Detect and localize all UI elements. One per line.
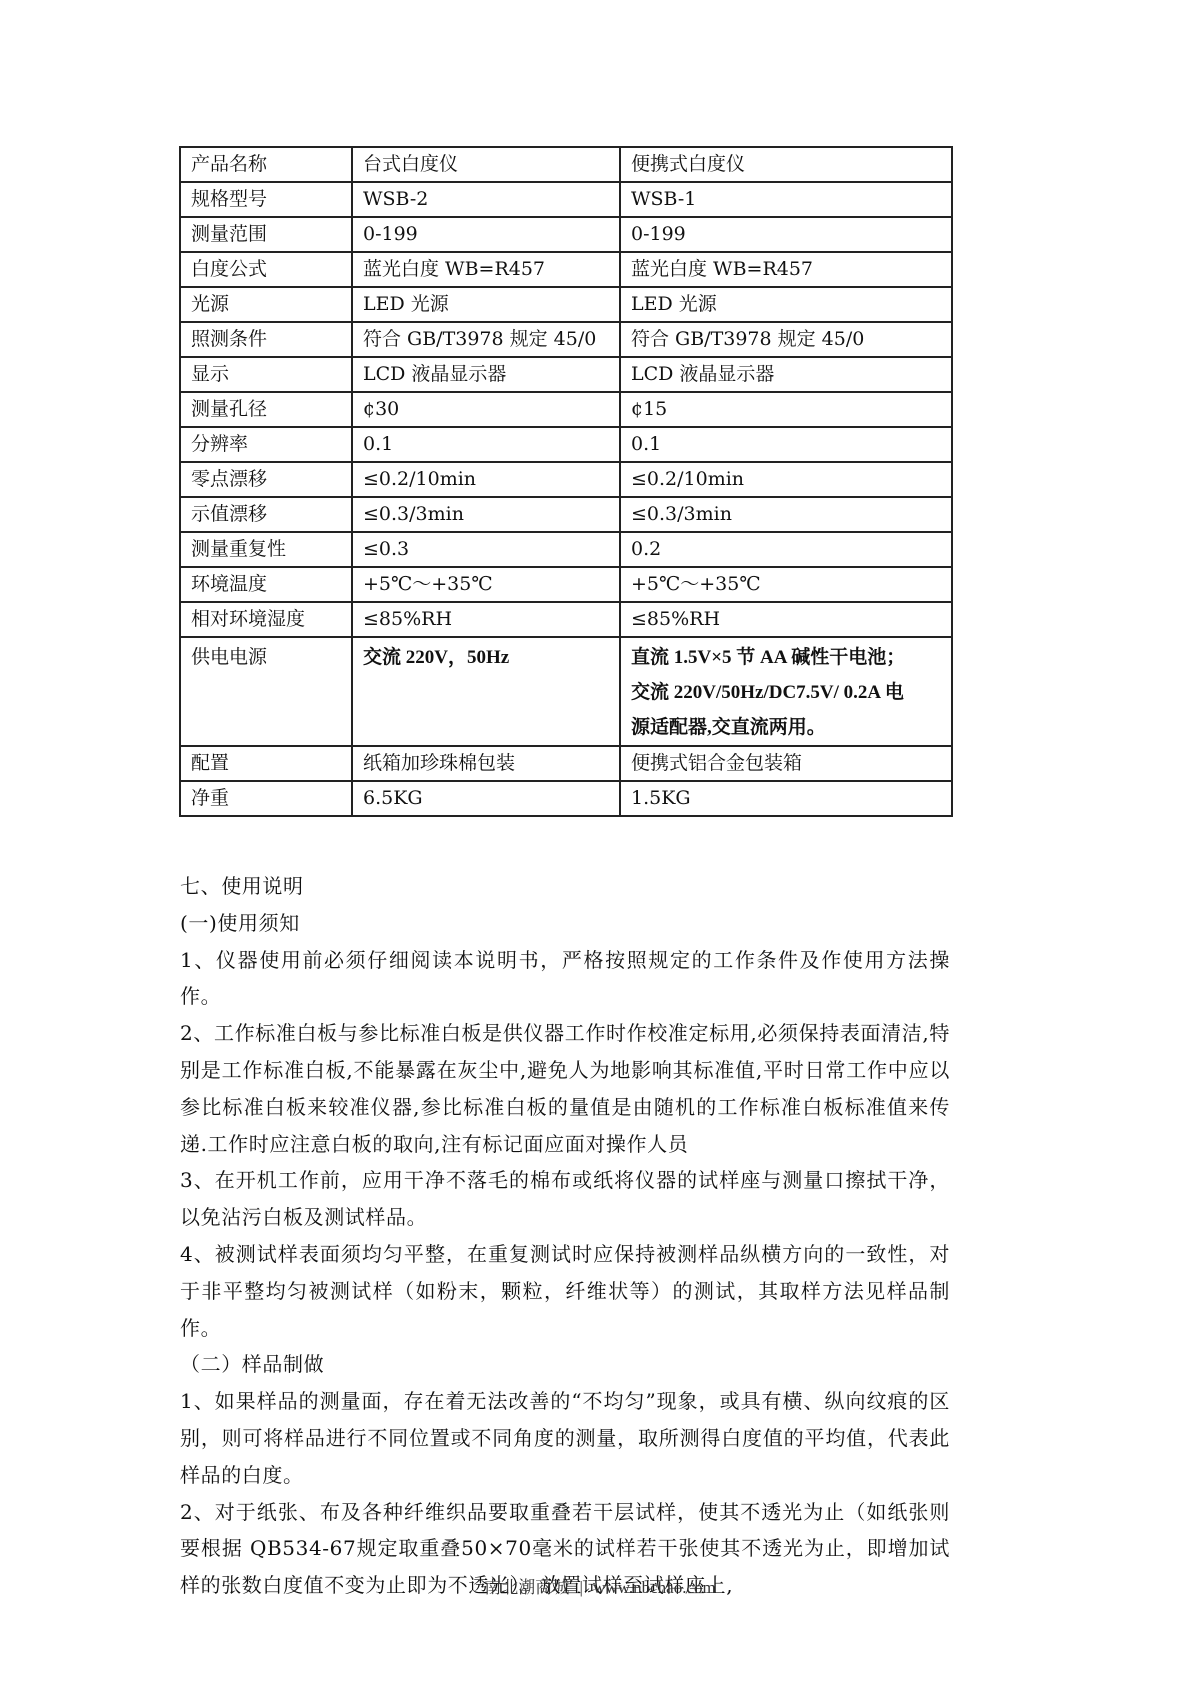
paragraph: 1、仪器使用前必须仔细阅读本说明书，严格按照规定的工作条件及作使用方法操作。	[180, 942, 950, 1016]
spec-row: 测量孔径¢30¢15	[180, 392, 952, 427]
cell-desktop: 蓝光白度 WB=R457	[352, 252, 620, 287]
paragraph: 3、在开机工作前，应用干净不落毛的棉布或纸将仪器的试样座与测量口擦拭干净，以免沾…	[180, 1162, 950, 1236]
cell-label: 相对环境湿度	[180, 602, 352, 637]
cell-label: 供电电源	[180, 637, 352, 746]
cell-portable: WSB-1	[620, 182, 952, 217]
spec-row: 零点漂移≤0.2/10min≤0.2/10min	[180, 462, 952, 497]
cell-desktop: +5℃～+35℃	[352, 567, 620, 602]
cell-label: 零点漂移	[180, 462, 352, 497]
cell-label: 配置	[180, 746, 352, 781]
cell-label: 测量孔径	[180, 392, 352, 427]
cell-portable: 0.1	[620, 427, 952, 462]
subsection-title-usage-notes: (一)使用须知	[180, 905, 950, 942]
cell-portable: +5℃～+35℃	[620, 567, 952, 602]
instructions-section: 七、使用说明 (一)使用须知 1、仪器使用前必须仔细阅读本说明书，严格按照规定的…	[180, 868, 950, 1604]
paragraph: 1、如果样品的测量面，存在着无法改善的“不均匀”现象，或具有横、纵向纹痕的区别，…	[180, 1383, 950, 1493]
cell-desktop: LCD 液晶显示器	[352, 357, 620, 392]
spec-row-power: 供电电源交流 220V，50Hz直流 1.5V×5 节 AA 碱性干电池；交流 …	[180, 637, 952, 746]
cell-label: 规格型号	[180, 182, 352, 217]
cell-desktop: LED 光源	[352, 287, 620, 322]
paragraph: 2、工作标准白板与参比标准白板是供仪器工作时作校准定标用,必须保持表面清洁,特别…	[180, 1015, 950, 1162]
spec-row: 示值漂移≤0.3/3min≤0.3/3min	[180, 497, 952, 532]
spec-row: 净重6.5KG1.5KG	[180, 781, 952, 816]
usage-notes-paragraphs: 1、仪器使用前必须仔细阅读本说明书，严格按照规定的工作条件及作使用方法操作。2、…	[180, 942, 950, 1347]
cell-portable: 0.2	[620, 532, 952, 567]
spec-row: 分辨率0.10.1	[180, 427, 952, 462]
section-title: 七、使用说明	[180, 868, 950, 905]
spec-row: 白度公式蓝光白度 WB=R457蓝光白度 WB=R457	[180, 252, 952, 287]
cell-portable: ¢15	[620, 392, 952, 427]
cell-label: 光源	[180, 287, 352, 322]
cell-desktop: ≤0.2/10min	[352, 462, 620, 497]
spec-row: 配置纸箱加珍珠棉包装便携式铝合金包装箱	[180, 746, 952, 781]
cell-label: 分辨率	[180, 427, 352, 462]
cell-label: 显示	[180, 357, 352, 392]
footer-url-link[interactable]: www.nbchao.com	[593, 1578, 716, 1597]
cell-portable: 1.5KG	[620, 781, 952, 816]
spec-row: 环境温度+5℃～+35℃+5℃～+35℃	[180, 567, 952, 602]
cell-portable: ≤0.3/3min	[620, 497, 952, 532]
spec-row: 测量范围0-1990-199	[180, 217, 952, 252]
sample-prep-paragraphs: 1、如果样品的测量面，存在着无法改善的“不均匀”现象，或具有横、纵向纹痕的区别，…	[180, 1383, 950, 1604]
cell-desktop: 0-199	[352, 217, 620, 252]
spec-row: 光源LED 光源LED 光源	[180, 287, 952, 322]
cell-label: 测量重复性	[180, 532, 352, 567]
subsection-title-sample-prep: （二）样品制做	[180, 1346, 950, 1383]
cell-portable: 符合 GB/T3978 规定 45/0	[620, 322, 952, 357]
paragraph: 4、被测试样表面须均匀平整，在重复测试时应保持被测样品纵横方向的一致性，对于非平…	[180, 1236, 950, 1346]
spec-row: 规格型号WSB-2WSB-1	[180, 182, 952, 217]
cell-portable: ≤85%RH	[620, 602, 952, 637]
cell-portable: 直流 1.5V×5 节 AA 碱性干电池；交流 220V/50Hz/DC7.5V…	[620, 637, 952, 746]
cell-desktop: 台式白度仪	[352, 147, 620, 182]
footer-separator: |	[574, 1578, 589, 1597]
footer-brand: 南北潮商城	[484, 1578, 569, 1597]
cell-label: 产品名称	[180, 147, 352, 182]
cell-label: 照测条件	[180, 322, 352, 357]
spec-row: 照测条件符合 GB/T3978 规定 45/0符合 GB/T3978 规定 45…	[180, 322, 952, 357]
cell-portable: 便携式白度仪	[620, 147, 952, 182]
cell-desktop: 交流 220V，50Hz	[352, 637, 620, 746]
spec-table: 产品名称台式白度仪便携式白度仪规格型号WSB-2WSB-1测量范围0-1990-…	[179, 146, 953, 817]
cell-label: 环境温度	[180, 567, 352, 602]
cell-label: 示值漂移	[180, 497, 352, 532]
spec-row: 产品名称台式白度仪便携式白度仪	[180, 147, 952, 182]
spec-row: 测量重复性≤0.30.2	[180, 532, 952, 567]
page-footer: 南北潮商城 | www.nbchao.com	[0, 1573, 1200, 1598]
cell-portable: LED 光源	[620, 287, 952, 322]
cell-desktop: 6.5KG	[352, 781, 620, 816]
cell-desktop: 纸箱加珍珠棉包装	[352, 746, 620, 781]
cell-desktop: ≤85%RH	[352, 602, 620, 637]
cell-desktop: 0.1	[352, 427, 620, 462]
cell-desktop: ¢30	[352, 392, 620, 427]
cell-desktop: ≤0.3/3min	[352, 497, 620, 532]
cell-line: 交流 220V/50Hz/DC7.5V/ 0.2A 电	[631, 675, 941, 710]
cell-portable: 蓝光白度 WB=R457	[620, 252, 952, 287]
cell-portable: 0-199	[620, 217, 952, 252]
cell-desktop: ≤0.3	[352, 532, 620, 567]
cell-desktop: 符合 GB/T3978 规定 45/0	[352, 322, 620, 357]
cell-line: 直流 1.5V×5 节 AA 碱性干电池；	[631, 640, 941, 675]
cell-label: 白度公式	[180, 252, 352, 287]
spec-row: 相对环境湿度≤85%RH≤85%RH	[180, 602, 952, 637]
spec-row: 显示LCD 液晶显示器LCD 液晶显示器	[180, 357, 952, 392]
cell-label: 测量范围	[180, 217, 352, 252]
cell-portable: 便携式铝合金包装箱	[620, 746, 952, 781]
cell-portable: LCD 液晶显示器	[620, 357, 952, 392]
cell-portable: ≤0.2/10min	[620, 462, 952, 497]
cell-line: 源适配器,交直流两用。	[631, 710, 941, 745]
cell-label: 净重	[180, 781, 352, 816]
cell-desktop: WSB-2	[352, 182, 620, 217]
spec-table-body: 产品名称台式白度仪便携式白度仪规格型号WSB-2WSB-1测量范围0-1990-…	[180, 147, 952, 816]
